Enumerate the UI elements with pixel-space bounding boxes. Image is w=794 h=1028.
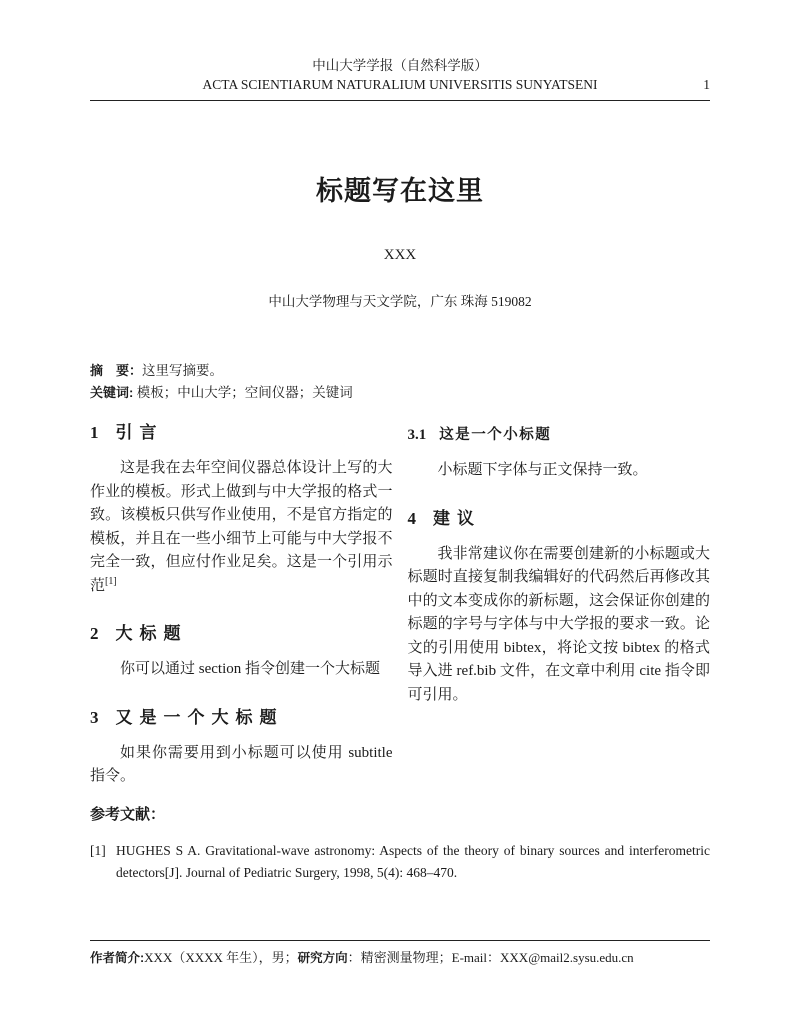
section-1-heading: 1引言 [90,423,393,443]
section-2-number: 2 [90,624,99,643]
section-1-number: 1 [90,423,99,442]
references-heading: 参考文献： [90,803,710,824]
two-column-body: 1引言 这是我在去年空间仪器总体设计上写的大作业的模板。形式上做到与中大学报的格… [90,417,710,789]
paper-title: 标题写在这里 [90,175,710,207]
author-name: XXX [90,247,710,264]
author-affiliation: 中山大学物理与天文学院，广东 珠海 519082 [90,290,710,310]
section-1-title: 引言 [116,423,164,442]
page-content: 中山大学学报（自然科学版） ACTA SCIENTIARUM NATURALIU… [90,0,710,884]
page-number: 1 [703,76,710,94]
subsection-3-1-number: 3.1 [408,427,427,443]
section-3-title: 又是一个大标题 [116,708,284,727]
section-2-heading: 2大标题 [90,624,393,644]
journal-title-chinese: 中山大学学报（自然科学版） [90,57,710,75]
subsection-3-1-heading: 3.1这是一个小标题 [408,426,711,444]
section-4-title: 建议 [433,509,481,528]
keywords-text: 模板；中山大学；空间仪器；关键词 [133,385,352,400]
running-header: 中山大学学报（自然科学版） ACTA SCIENTIARUM NATURALIU… [90,0,710,101]
journal-title-latin-row: ACTA SCIENTIARUM NATURALIUM UNIVERSITIS … [90,76,710,94]
citation-marker: [1] [105,576,117,587]
abstract-label: 摘 要： [90,363,142,378]
subsection-3-1-paragraph: 小标题下字体与正文保持一致。 [408,459,711,483]
journal-title-latin: ACTA SCIENTIARUM NATURALIUM UNIVERSITIS … [203,77,598,92]
paper-page: 中山大学学报（自然科学版） ACTA SCIENTIARUM NATURALIU… [0,0,794,1028]
reference-number: [1] [90,840,116,884]
page-footer: 作者简介:XXX（XXXX 年生），男；研究方向：精密测量物理；E-mail：X… [90,940,710,967]
author-bio-text: XXX（XXXX 年生），男； [144,950,297,965]
section-2-paragraph: 你可以通过 section 指令创建一个大标题 [90,658,393,682]
reference-entry: [1] HUGHES S A. Gravitational-wave astro… [90,840,710,884]
section-3-paragraph: 如果你需要用到小标题可以使用 subtitle 指令。 [90,742,393,789]
subsection-3-1-title: 这是一个小标题 [439,427,551,443]
keywords-label: 关键词: [90,385,133,400]
section-4-heading: 4建议 [408,509,711,529]
abstract-line: 摘 要：这里写摘要。 [90,360,710,382]
section-1-text: 这是我在去年空间仪器总体设计上写的大作业的模板。形式上做到与中大学报的格式一致。… [90,460,393,594]
section-4-paragraph: 我非常建议你在需要创建新的小标题或大标题时直接复制我编辑好的代码然后再修改其中的… [408,543,711,708]
keywords-line: 关键词: 模板；中山大学；空间仪器；关键词 [90,382,710,404]
research-direction-text: ：精密测量物理；E-mail：XXX@mail2.sysu.edu.cn [348,950,634,965]
section-1-paragraph: 这是我在去年空间仪器总体设计上写的大作业的模板。形式上做到与中大学报的格式一致。… [90,457,393,598]
author-bio-label: 作者简介: [90,951,144,965]
reference-text: HUGHES S A. Gravitational-wave astronomy… [116,840,710,884]
section-2-title: 大标题 [116,624,188,643]
left-column: 1引言 这是我在去年空间仪器总体设计上写的大作业的模板。形式上做到与中大学报的格… [90,417,393,789]
abstract-block: 摘 要：这里写摘要。 关键词: 模板；中山大学；空间仪器；关键词 [90,360,710,404]
section-3-heading: 3又是一个大标题 [90,708,393,728]
section-3-number: 3 [90,708,99,727]
right-column: 3.1这是一个小标题 小标题下字体与正文保持一致。 4建议 我非常建议你在需要创… [408,417,711,789]
section-4-number: 4 [408,509,417,528]
references-section: 参考文献： [1] HUGHES S A. Gravitational-wave… [90,803,710,884]
header-rule [90,100,710,101]
abstract-text: 这里写摘要。 [142,363,223,378]
research-direction-label: 研究方向 [298,951,348,965]
